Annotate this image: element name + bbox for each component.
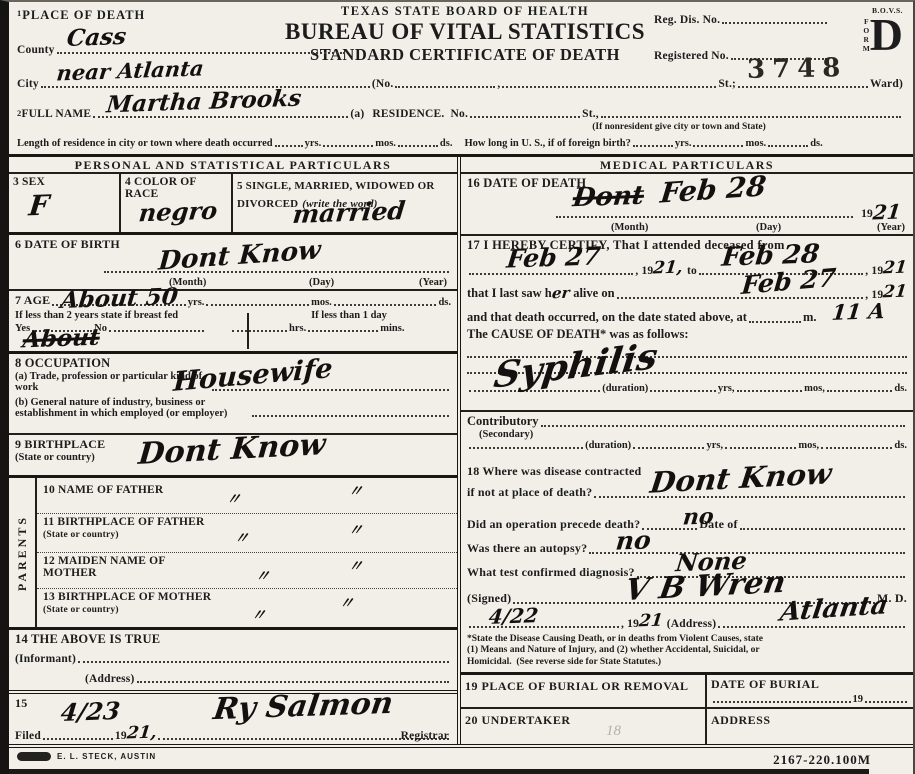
printer-name: E. L. STECK, AUSTIN: [57, 752, 156, 761]
duration-label: (duration): [602, 383, 648, 394]
operation-row: Did an operation precede death? Date of …: [461, 510, 913, 534]
signed-date-row: , 19 21 (Address) 4/22 Atlanta: [461, 608, 913, 632]
comma: ,: [497, 78, 500, 90]
date-of-birth-section: 6 DATE OF BIRTH Dont Know (Month) (Day) …: [9, 235, 457, 292]
undertaker-address-label: ADDRESS: [711, 713, 771, 727]
dotted-line: [740, 526, 905, 530]
ditto-mark: 〃: [347, 558, 364, 574]
father-name-row: 10 NAME OF FATHER 〃 〃: [37, 478, 457, 513]
mos-label: mos.: [745, 138, 766, 149]
field-number-12: 12: [43, 555, 55, 567]
dotted-line: [252, 413, 449, 417]
field-number-11: 11: [43, 516, 54, 528]
year-label: (Year): [419, 277, 447, 288]
place-of-death-label: 1PLACE OF DEATH: [17, 8, 145, 23]
parents-block: PARENTS 10 NAME OF FATHER 〃 〃 11 BIRTHPL…: [9, 478, 457, 630]
residence-length-row: Length of residence in city or town wher…: [17, 138, 903, 149]
scan-edge-line: [9, 769, 869, 774]
death-occurred-label: and that death occurred, on the date sta…: [467, 310, 747, 325]
marital-field: 5 SINGLE, MARRIED, WIDOWED OR DIVORCED (…: [233, 174, 457, 232]
mos-label: mos.: [311, 297, 332, 308]
color-race-field: 4 COLOR OF RACE negro: [121, 174, 233, 232]
county-label: County: [17, 44, 55, 56]
statute-footnote: *State the Disease Causing Death, or in …: [461, 632, 913, 672]
medical-section-header: MEDICAL PARTICULARS: [461, 157, 913, 174]
color-handwritten-value: negro: [138, 199, 219, 226]
dotted-line: [650, 388, 716, 392]
mos-label: mos,: [798, 440, 819, 451]
contributory-section: Contributory (Secondary) (duration) yrs,…: [461, 412, 913, 462]
mother-birthplace-row: 13 BIRTHPLACE OF MOTHER (State or countr…: [37, 589, 457, 628]
cause-of-death-label: The CAUSE OF DEATH* was as follows:: [467, 327, 907, 342]
dotted-line: [206, 302, 309, 306]
residence-label: RESIDENCE. No.: [372, 108, 468, 120]
certificate-footer: E. L. STECK, AUSTIN 2167-220.100M: [9, 744, 913, 774]
age-handwritten-value: About 50: [60, 285, 180, 312]
nonresident-note: (If nonresident give city or town and St…: [469, 122, 889, 132]
last-saw-handwritten-pronoun: er: [551, 286, 570, 302]
registered-no-label: Registered No.: [654, 50, 729, 62]
m-label: m.: [803, 310, 817, 325]
filed-section: 15 Filed 19 21, 4/23 Ry Salmon Registrar: [9, 694, 457, 744]
street-no-label: (No.: [372, 78, 394, 90]
form-badge: B.O.V.S. FORM D: [841, 6, 903, 54]
father-birthplace-row: 11 BIRTHPLACE OF FATHER (State or countr…: [37, 514, 457, 554]
dotted-line: [232, 328, 287, 332]
ds-label: ds.: [894, 440, 907, 451]
from-date-handwritten: Feb 27: [505, 243, 601, 271]
reg-dis-label: Reg. Dis. No.: [654, 14, 720, 26]
dod-handwritten-value: Feb 28: [659, 172, 767, 207]
filed-date-handwritten: 4/23: [60, 699, 122, 725]
board-title: TEXAS STATE BOARD OF HEALTH: [247, 4, 683, 19]
yrs-label: yrs,: [706, 440, 723, 451]
lessday-label: If less than 1 day: [247, 310, 451, 321]
occupation-b-row: (b) General nature of industry, business…: [15, 397, 451, 419]
breastfed-label: If less than 2 years state if breast fed: [15, 310, 247, 321]
contributory-row: Contributory: [467, 414, 907, 429]
form-stock-number: 2167-220.100M: [773, 752, 871, 768]
fullname-handwritten-value: Martha Brooks: [105, 87, 302, 117]
filed-label: Filed: [15, 730, 41, 742]
dotted-line: [109, 328, 204, 332]
mother-maiden-name-row: 12 MAIDEN NAME OF MOTHER 〃 〃: [37, 553, 457, 588]
yrs-label: yrs.: [305, 138, 322, 149]
sex-label: 3 SEX: [13, 176, 115, 188]
burial-row: 19 PLACE OF BURIAL OR REMOVAL DATE OF BU…: [461, 675, 913, 709]
year-printed: , 19: [621, 618, 639, 630]
dotted-line: [275, 143, 303, 147]
bureau-title: BUREAU OF VITAL STATISTICS: [247, 19, 683, 45]
certification-cause-section: 17 I HEREBY CERTIFY, That I attended dec…: [461, 236, 913, 412]
city-handwritten-value: near Atlanta: [56, 57, 205, 83]
dotted-line: [821, 445, 892, 449]
marital-handwritten-value: married: [291, 198, 406, 227]
dotted-line: [749, 319, 801, 323]
dotted-line: [470, 114, 580, 118]
dotted-line: [865, 699, 907, 703]
autopsy-handwritten-value: no: [615, 527, 653, 553]
parents-side-label-cell: PARENTS: [9, 478, 37, 627]
age-struck-handwriting: About: [22, 326, 101, 352]
dotted-line: [104, 271, 449, 273]
birthplace-handwritten-value: Dont Know: [137, 430, 327, 470]
informant-label: (Informant): [15, 653, 76, 665]
day-label: (Day): [756, 222, 781, 233]
signed-address-handwritten: Atlanta: [778, 592, 889, 625]
year-printed: , 19: [635, 265, 653, 277]
last-saw-row: that I last saw h er alive on , 19 21 Fe…: [467, 277, 907, 301]
saw-date-handwritten: Feb 27: [740, 265, 837, 298]
informant-row: (Informant): [15, 653, 451, 665]
date-of-burial-cell: DATE OF BURIAL 19: [707, 675, 913, 707]
burial-year-printed: 19: [853, 694, 864, 705]
fullname-label: 2FULL NAME: [17, 108, 91, 120]
residence-a-label: (a): [350, 108, 364, 120]
dotted-line: [722, 20, 827, 24]
duration-label: (duration): [585, 440, 631, 451]
undertaker-label: 20 UNDERTAKER: [465, 713, 571, 727]
above-is-true-label: 14 THE ABOVE IS TRUE: [15, 632, 451, 647]
dotted-line: [308, 328, 378, 332]
undertaker-address-cell: ADDRESS: [707, 709, 913, 744]
residence-st-label: St.,: [582, 108, 599, 120]
occupation-b-label: (b) General nature of industry, business…: [15, 397, 250, 419]
operation-question: Did an operation precede death?: [467, 517, 640, 532]
dotted-line: [725, 445, 796, 449]
dotted-line: [633, 445, 704, 449]
registrar-signature: Ry Salmon: [211, 689, 395, 725]
dotted-line: [398, 143, 438, 147]
mos-label: mos,: [804, 383, 825, 394]
mother-birthplace-label: BIRTHPLACE OF MOTHER: [58, 591, 211, 603]
secondary-label: (Secondary): [467, 429, 907, 440]
main-columns: PERSONAL AND STATISTICAL PARTICULARS 3 S…: [9, 154, 913, 744]
attended-dates-row: , 19 21, to , 19 21 Feb 27 Feb 28: [467, 253, 907, 277]
dotted-line: [43, 736, 113, 740]
certificate-header: 1PLACE OF DEATH TEXAS STATE BOARD OF HEA…: [9, 2, 913, 154]
filed-year-printed: 19: [115, 730, 127, 742]
personal-section-header: PERSONAL AND STATISTICAL PARTICULARS: [9, 157, 457, 174]
last-saw-label-1: that I last saw h: [467, 286, 552, 301]
field-number-10: 10: [43, 484, 55, 496]
dotted-line: [768, 143, 808, 147]
state-country-sub: (State or country): [43, 530, 119, 540]
to-label: to: [687, 265, 697, 277]
ds-label: ds.: [440, 138, 453, 149]
footnote-line-1: *State the Disease Causing Death, or in …: [467, 634, 907, 645]
undertaker-cell: 20 UNDERTAKER 18: [461, 709, 707, 744]
test-question: What test confirmed diagnosis?: [467, 565, 635, 580]
contributory-label: Contributory: [467, 414, 539, 429]
date-of-death-section: 16 DATE OF DEATH Dont Feb 28 19 21 (Mont…: [461, 174, 913, 236]
dotted-line: [137, 679, 449, 683]
day-label: (Day): [309, 277, 334, 288]
mother-maiden-name-label: MAIDEN NAME OF MOTHER: [43, 555, 165, 579]
dotted-line: [738, 84, 868, 88]
county-handwritten-value: Cass: [66, 25, 128, 50]
howlong-label: How long in U. S., if of foreign birth?: [464, 138, 630, 149]
sex-color-marital-row: 3 SEX F 4 COLOR OF RACE negro 5 SINGLE, …: [9, 174, 457, 235]
city-label: City: [17, 78, 39, 90]
autopsy-question: Was there an autopsy?: [467, 541, 587, 556]
medical-column: MEDICAL PARTICULARS 16 DATE OF DEATH Don…: [461, 157, 913, 744]
mos-label: mos.: [375, 138, 396, 149]
burial-table: 19 PLACE OF BURIAL OR REMOVAL DATE OF BU…: [461, 672, 913, 744]
age-label: 7 AGE: [15, 293, 50, 308]
informant-address-label: (Address): [85, 673, 135, 685]
signed-date-handwritten: 4/22: [488, 605, 539, 627]
ds-label: ds.: [438, 297, 451, 308]
ditto-mark: 〃: [339, 596, 356, 612]
dotted-line: [502, 84, 716, 88]
yrs-label: yrs.: [675, 138, 692, 149]
ditto-mark: 〃: [347, 523, 364, 539]
reg-dis-row: Reg. Dis. No.: [654, 14, 829, 26]
dotted-line: [556, 216, 853, 218]
informant-address-row: (Address): [15, 673, 451, 685]
yrs-label: yrs,: [718, 383, 735, 394]
birthplace-section: 9 BIRTHPLACE (State or country) Dont Kno…: [9, 435, 457, 479]
signed-address-label: (Address): [667, 618, 717, 630]
parents-vertical-label: PARENTS: [15, 515, 30, 591]
mins-label: mins.: [380, 323, 404, 334]
ditto-mark: 〃: [250, 608, 267, 624]
disease-contracted-section: 18 Where was disease contracted if not a…: [461, 462, 913, 510]
dotted-line: [395, 84, 495, 88]
dod-struck-handwriting: Dont: [571, 183, 645, 211]
sex-handwritten-value: F: [27, 192, 50, 221]
informant-section: 14 THE ABOVE IS TRUE (Informant) (Addres…: [9, 630, 457, 694]
month-label: (Month): [611, 222, 648, 233]
ward-label: Ward): [870, 78, 903, 90]
dotted-line: [827, 388, 893, 392]
ds-label: ds.: [894, 383, 907, 394]
footnote-line-3: Homicidal. (See reverse side for State S…: [467, 657, 907, 668]
field-number-13: 13: [43, 591, 55, 603]
ditto-mark: 〃: [225, 491, 242, 507]
occupation-section: 8 OCCUPATION (a) Trade, profession or pa…: [9, 354, 457, 435]
father-birthplace-label: BIRTHPLACE OF FATHER: [57, 516, 204, 528]
year-printed: , 19: [865, 265, 883, 277]
saw-year-handwritten: 21: [882, 284, 908, 302]
dotted-line: [633, 143, 673, 147]
physician-signature: V B Wren: [623, 568, 788, 606]
dotted-line: [693, 143, 743, 147]
form-word-vertical: FORM: [862, 17, 870, 53]
filed-row: Filed 19 21,: [15, 725, 451, 742]
yrs-label: yrs.: [188, 297, 205, 308]
length-label: Length of residence in city or town wher…: [17, 138, 273, 149]
dotted-line: [601, 114, 901, 118]
father-name-label: NAME OF FATHER: [58, 484, 163, 496]
undertaker-row: 20 UNDERTAKER 18 ADDRESS: [461, 709, 913, 744]
printer-logo-icon: [17, 752, 51, 761]
personal-column: PERSONAL AND STATISTICAL PARTICULARS 3 S…: [9, 157, 461, 744]
dod-year-handwritten: 21: [872, 202, 902, 223]
dotted-line: [541, 423, 905, 427]
ds-label: ds.: [810, 138, 823, 149]
from-year-handwritten: 21,: [652, 259, 683, 277]
ditto-mark: 〃: [347, 483, 364, 499]
age-section: 7 AGE yrs. mos. ds. About 50 If less tha…: [9, 291, 457, 354]
to-year-handwritten: 21: [882, 260, 908, 278]
dotted-line: [323, 143, 373, 147]
death-hour-row: and that death occurred, on the date sta…: [467, 301, 907, 325]
death-certificate-scan: 1PLACE OF DEATH TEXAS STATE BOARD OF HEA…: [0, 0, 915, 774]
place-of-burial-cell: 19 PLACE OF BURIAL OR REMOVAL: [461, 675, 707, 707]
ditto-mark: 〃: [255, 568, 272, 584]
operation-handwritten-value: no: [682, 505, 715, 528]
date-of-burial-label: DATE OF BURIAL: [711, 677, 909, 692]
registrar-label: Registrar: [401, 730, 449, 742]
filed-year-handwritten: 21,: [126, 724, 157, 742]
printer-mark: E. L. STECK, AUSTIN: [17, 752, 156, 761]
state-country-sub: (State or country): [43, 605, 119, 615]
place-of-burial-label: 19 PLACE OF BURIAL OR REMOVAL: [465, 679, 689, 693]
st-label: St.;: [718, 78, 736, 90]
dotted-line: [469, 445, 583, 449]
hrs-label: hrs.: [289, 323, 306, 334]
contributory-duration-row: (duration) yrs, mos, ds.: [467, 440, 907, 451]
vertical-divider: [247, 313, 249, 349]
ditto-mark: 〃: [234, 531, 251, 547]
sex-field: 3 SEX F: [9, 174, 121, 232]
signed-year-handwritten: 21: [638, 613, 664, 631]
hour-handwritten-value: 11 A: [831, 300, 886, 323]
dotted-line: [334, 302, 437, 306]
dod-year-printed: 19: [861, 208, 873, 220]
contracted-label-2: if not at place of death?: [467, 485, 592, 500]
dotted-line: [713, 699, 851, 703]
burial-year-line: 19: [711, 694, 909, 705]
footnote-line-2: (1) Means and Nature of Injury, and (2) …: [467, 645, 907, 656]
dotted-line: [737, 388, 803, 392]
pencil-mark: 18: [606, 723, 621, 740]
dotted-line: [594, 494, 905, 498]
last-saw-label-2: alive on: [573, 286, 614, 301]
form-letter: D: [870, 15, 903, 54]
dotted-line: [78, 659, 449, 663]
parents-rows: 10 NAME OF FATHER 〃 〃 11 BIRTHPLACE OF F…: [37, 478, 457, 627]
